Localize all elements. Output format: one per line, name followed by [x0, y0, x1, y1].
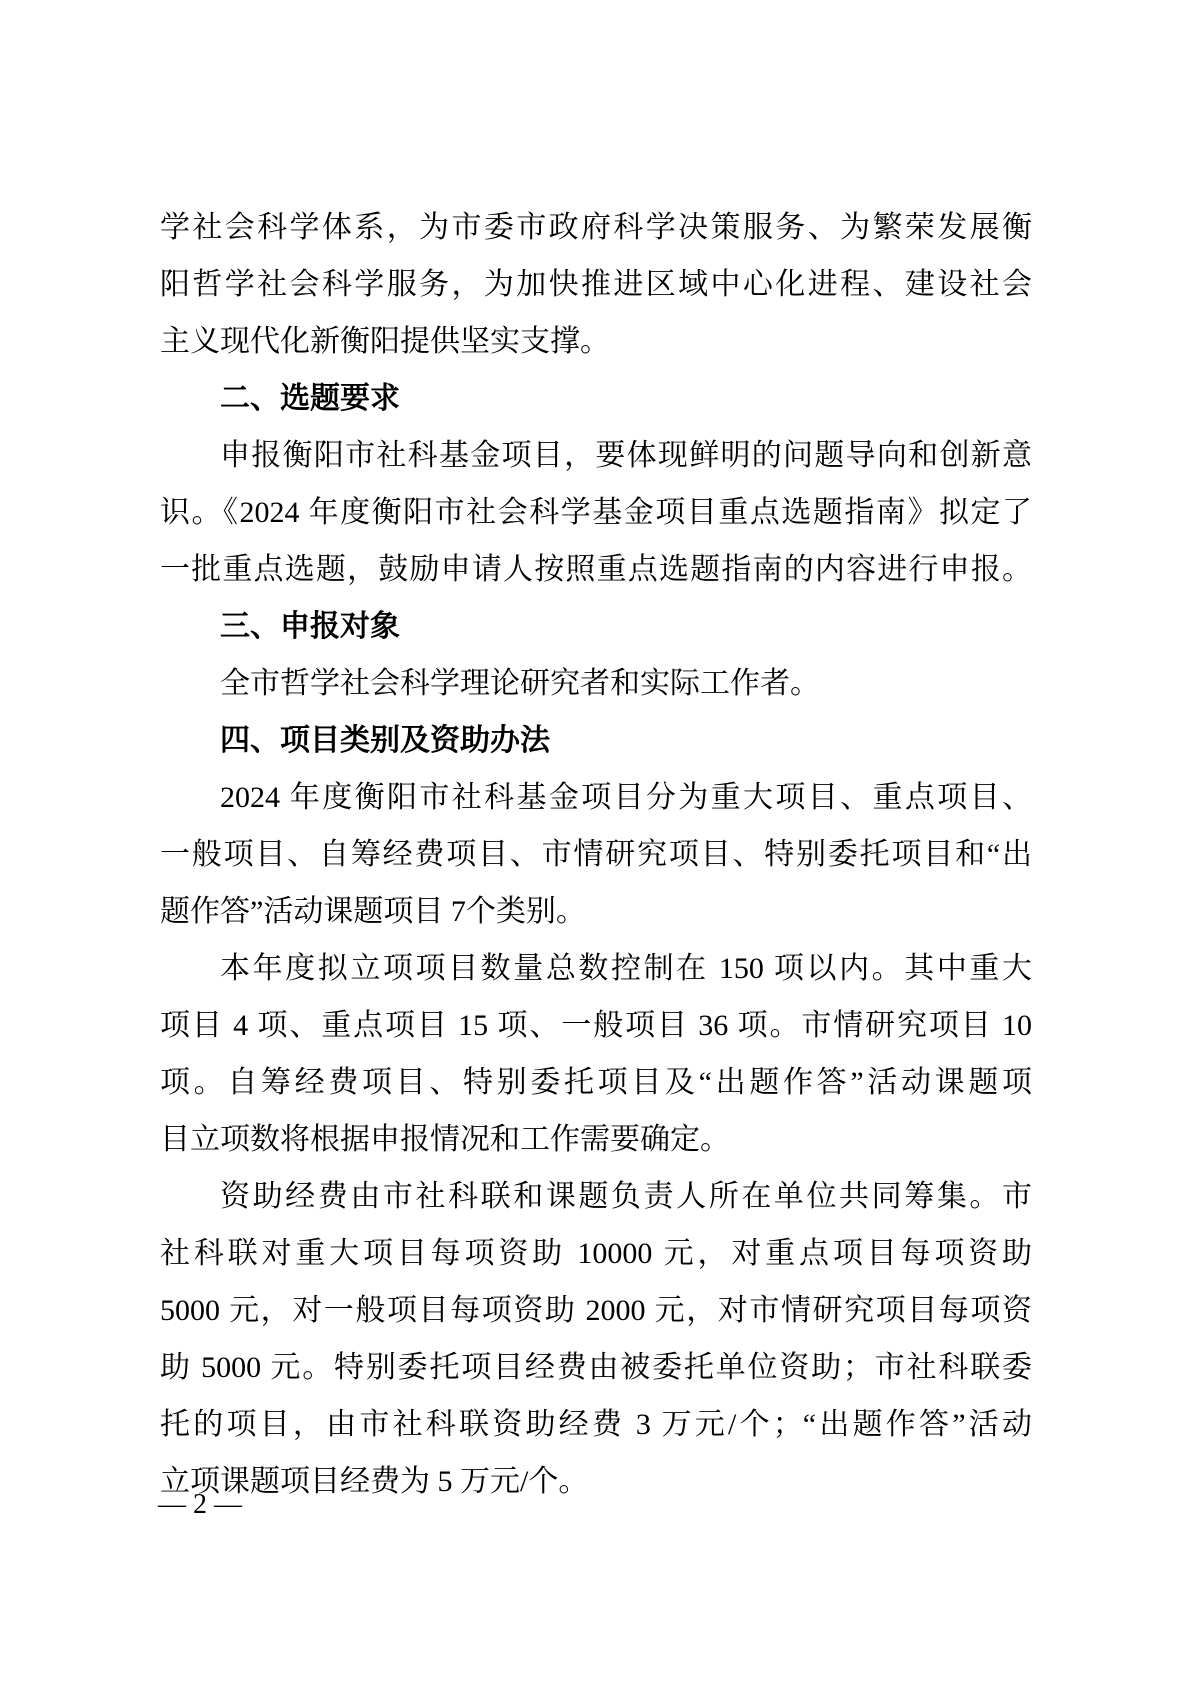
body-line: 社科联对重大项目每项资助 10000 元，对重点项目每项资助 — [160, 1225, 1032, 1282]
body-line: 项。自筹经费项目、特别委托项目及“出题作答”活动课题项 — [160, 1054, 1032, 1111]
body-line: 阳哲学社会科学服务，为加快推进区域中心化进程、建设社会 — [160, 256, 1032, 313]
body-line: 识。《2024 年度衡阳市社会科学基金项目重点选题指南》拟定了 — [160, 484, 1032, 541]
document-page: 学社会科学体系，为市委市政府科学决策服务、为繁荣发展衡阳哲学社会科学服务，为加快… — [0, 0, 1191, 1684]
body-line: 项目 4 项、重点项目 15 项、一般项目 36 项。市情研究项目 10 — [160, 997, 1032, 1054]
body-line: 学社会科学体系，为市委市政府科学决策服务、为繁荣发展衡 — [160, 199, 1032, 256]
body-line: 资助经费由市社科联和课题负责人所在单位共同筹集。市 — [160, 1168, 1032, 1225]
body-line: 托的项目，由市社科联资助经费 3 万元/个；“出题作答”活动 — [160, 1396, 1032, 1453]
body-line: 主义现代化新衡阳提供坚实支撑。 — [160, 313, 1032, 370]
body-line: 题作答”活动课题项目 7个类别。 — [160, 883, 1032, 940]
section-heading: 四、项目类别及资助办法 — [160, 712, 1032, 769]
body-line: 2024 年度衡阳市社科基金项目分为重大项目、重点项目、 — [160, 769, 1032, 826]
body-line: 申报衡阳市社科基金项目，要体现鲜明的问题导向和创新意 — [160, 427, 1032, 484]
body-line: 本年度拟立项项目数量总数控制在 150 项以内。其中重大 — [160, 940, 1032, 997]
page-number: — 2 — — [158, 1488, 242, 1522]
body-line: 5000 元，对一般项目每项资助 2000 元，对市情研究项目每项资 — [160, 1282, 1032, 1339]
body-line: 目立项数将根据申报情况和工作需要确定。 — [160, 1111, 1032, 1168]
body-line: 一般项目、自筹经费项目、市情研究项目、特别委托项目和“出 — [160, 826, 1032, 883]
body-line: 立项课题项目经费为 5 万元/个。 — [160, 1453, 1032, 1510]
body-line: 助 5000 元。特别委托项目经费由被委托单位资助；市社科联委 — [160, 1339, 1032, 1396]
section-heading: 二、选题要求 — [160, 370, 1032, 427]
body-line: 一批重点选题，鼓励申请人按照重点选题指南的内容进行申报。 — [160, 541, 1032, 598]
document-body: 学社会科学体系，为市委市政府科学决策服务、为繁荣发展衡阳哲学社会科学服务，为加快… — [160, 199, 1032, 1510]
section-heading: 三、申报对象 — [160, 598, 1032, 655]
body-line: 全市哲学社会科学理论研究者和实际工作者。 — [160, 655, 1032, 712]
